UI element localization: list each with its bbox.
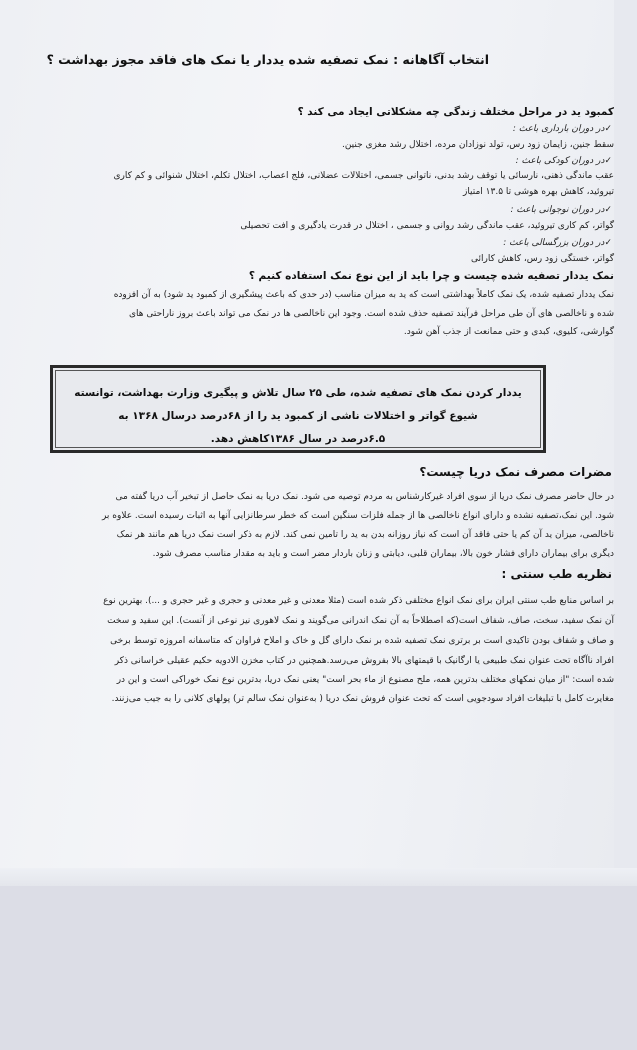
- stage-text-pregnancy: سقط جنین، زایمان زود رس، تولد نوزادان مر…: [342, 140, 614, 150]
- section-heading-iodized-salt: نمک یددار تصفیه شده چیست و چرا باید از ا…: [249, 270, 614, 282]
- highlight-line-3: ۶.۵درصد در سال ۱۳۸۶کاهش دهد.: [53, 428, 543, 451]
- traditional-medicine-line-2: آن نمک سفید، سخت، صاف، شفاف است(که اصطلا…: [107, 616, 614, 626]
- highlight-line-1: یددار کردن نمک های تصفیه شده، طی ۲۵ سال …: [53, 382, 543, 405]
- iodized-salt-line-2: شده و ناخالصی های آن طی مراحل فرآیند تصف…: [129, 309, 614, 319]
- traditional-medicine-line-3: و صاف و شفاف بودن تاکیدی است بر برتری نم…: [110, 636, 614, 646]
- section-heading-traditional-medicine: نظریه طب سنتی :: [501, 567, 612, 581]
- highlight-box-text: یددار کردن نمک های تصفیه شده، طی ۲۵ سال …: [53, 382, 543, 451]
- sea-salt-line-2: شود. این نمک،تصفیه نشده و دارای انواع نا…: [102, 511, 614, 521]
- sea-salt-line-3: ناخالصی، میزان ید آن کم یا حتی فاقد آن ا…: [117, 530, 614, 540]
- traditional-medicine-line-5: شده است: "از میان نمکهای مختلف بدترین هم…: [117, 675, 614, 685]
- stage-label-childhood: ✓در دوران کودکی باعث :: [516, 156, 612, 166]
- stage-text-childhood-1: عقب ماندگی ذهنی، نارسائی یا توقف رشد بدن…: [114, 171, 614, 181]
- stage-label-adolescence: ✓در دوران نوجوانی باعث :: [510, 205, 612, 215]
- document-title: انتخاب آگاهانه : نمک تصفیه شده یددار یا …: [47, 52, 489, 67]
- stage-text-childhood-2: تیروئید، کاهش بهره هوشی تا ۱۳.۵ امتیاز: [463, 187, 614, 197]
- iodized-salt-line-1: نمک یددار تصفیه شده، یک نمک کاملاً بهداش…: [114, 290, 614, 300]
- stage-label-pregnancy: ✓در دوران بارداری باعث :: [513, 124, 612, 134]
- highlight-box: یددار کردن نمک های تصفیه شده، طی ۲۵ سال …: [50, 365, 546, 453]
- traditional-medicine-line-4: افراد ناآگاه تحت عنوان نمک طبیعی یا ارگا…: [115, 656, 614, 666]
- traditional-medicine-line-6: مغایرت کامل با تبلیغات افراد سودجویی است…: [112, 694, 614, 704]
- highlight-line-2: شیوع گواتر و اختلالات ناشی از کمبود ید ر…: [53, 405, 543, 428]
- traditional-medicine-line-1: بر اساس منابع طب سنتی ایران برای نمک انو…: [103, 596, 614, 606]
- stage-text-adolescence: گواتر، کم کاری تیروئید، عقب ماندگی رشد ر…: [240, 221, 614, 231]
- sea-salt-line-1: در حال حاضر مصرف نمک دریا از سوی افراد غ…: [116, 492, 615, 502]
- page-edge: [614, 0, 637, 886]
- section-heading-sea-salt: مضرات مصرف نمک دریا چیست؟: [419, 465, 612, 479]
- sea-salt-line-4: دیگری برای بیماران دارای فشار خون بالا، …: [153, 549, 614, 559]
- section-heading-iodine-deficiency: کمبود ید در مراحل مختلف زندگی چه مشکلاتی…: [298, 106, 614, 118]
- stage-text-adulthood: گواتر، خستگی زود رس، کاهش کارائی: [471, 254, 614, 264]
- page-bottom-edge: [0, 868, 637, 886]
- iodized-salt-line-3: گوارشی، کلیوی، کبدی و حتی ممانعت از جذب …: [404, 327, 614, 337]
- stage-label-adulthood: ✓در دوران بزرگسالی باعث :: [503, 238, 612, 248]
